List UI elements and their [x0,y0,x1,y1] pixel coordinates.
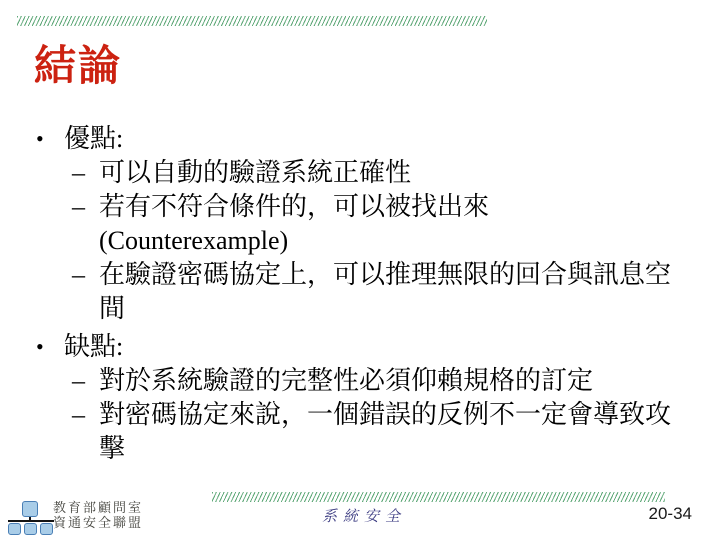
dash-marker: – [72,190,99,224]
sub-bullet-text: 若有不符合條件的，可以被找出來 (Counterexample) [99,190,489,258]
logo-connector [8,520,54,522]
dash-marker: – [72,398,99,432]
sub-bullet-item: – 對密碼協定來說，一個錯誤的反例不一定會導致攻 擊 [36,398,696,466]
sub-bullet-text: 在驗證密碼協定上，可以推理無限的回合與訊息空 間 [99,258,671,326]
dash-marker: – [72,156,99,190]
sub-bullet-item: – 對於系統驗證的完整性必須仰賴規格的訂定 [36,364,696,398]
sub-bullet-item: – 在驗證密碼協定上，可以推理無限的回合與訊息空 間 [36,258,696,326]
bullet-dot-marker: • [36,330,64,364]
sub-bullet-text: 對密碼協定來說，一個錯誤的反例不一定會導致攻 擊 [99,398,671,466]
logo-caption-line1: 教育部顧問室 [53,500,143,515]
bullet-text: 缺點: [64,330,123,364]
sub-bullet-text: 可以自動的驗證系統正確性 [99,156,411,190]
sub-bullet-item: – 若有不符合條件的，可以被找出來 (Counterexample) [36,190,696,258]
sub-bullet-item: – 可以自動的驗證系統正確性 [36,156,696,190]
footer-course-name: 系統安全 [322,505,406,526]
org-chart-logo-icon [8,501,54,538]
logo-child-node [24,523,37,535]
logo-caption-line2: 資通安全聯盟 [53,515,143,530]
logo-caption: 教育部顧問室 資通安全聯盟 [53,500,143,530]
logo-child-node [8,523,21,535]
logo-child-node [40,523,53,535]
dash-marker: – [72,258,99,292]
sub-bullet-text: 對於系統驗證的完整性必須仰賴規格的訂定 [99,364,593,398]
dash-marker: – [72,364,99,398]
slide: 結論 • 優點: – 可以自動的驗證系統正確性 – 若有不符合條件的，可以被找出… [0,0,720,540]
bullet-item: • 缺點: [36,330,696,364]
bullet-list: • 優點: – 可以自動的驗證系統正確性 – 若有不符合條件的，可以被找出來 (… [36,118,696,466]
page-number: 20-34 [649,504,692,524]
bullet-text: 優點: [64,122,123,156]
top-hatch-divider [17,16,487,26]
slide-title: 結論 [34,44,122,90]
logo-top-node [22,501,38,517]
bullet-dot-marker: • [36,122,64,156]
bullet-item: • 優點: [36,122,696,156]
bottom-hatch-divider [212,492,665,502]
